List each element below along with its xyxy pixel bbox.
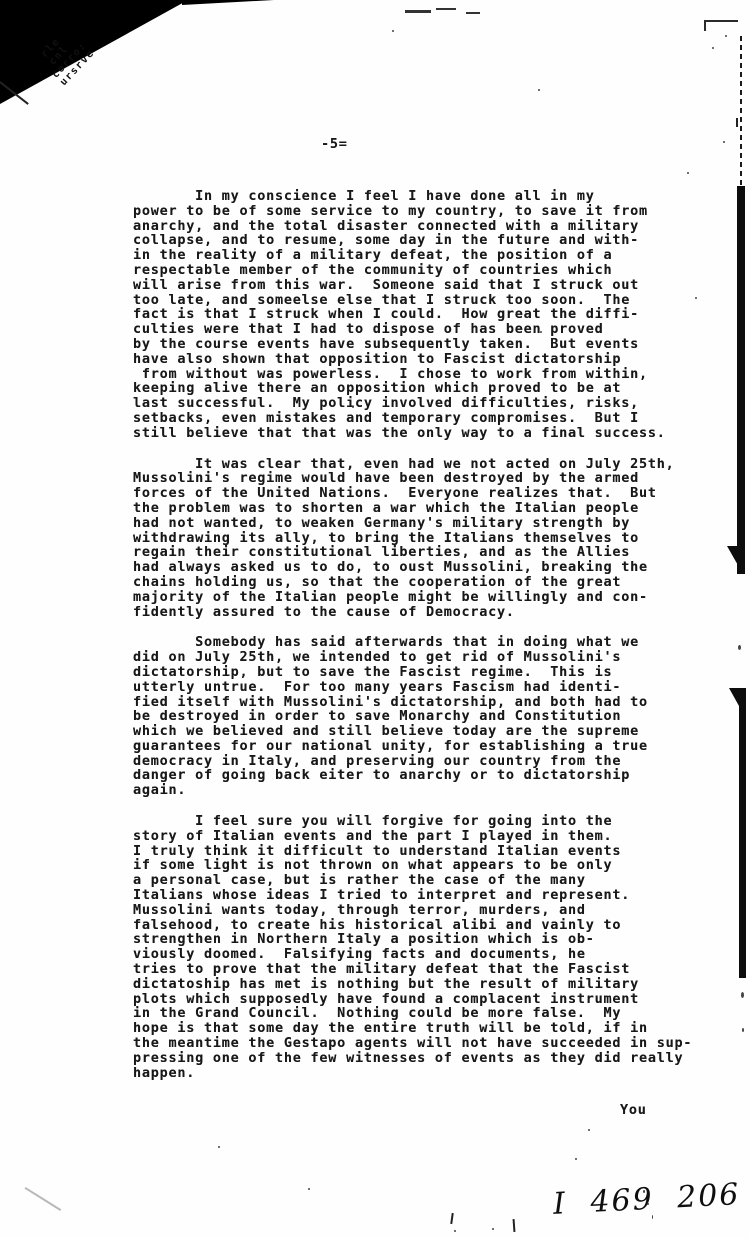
paragraph: In my conscience I feel I have done all … [133,189,750,441]
scan-edge-strip [737,186,745,574]
scan-speckle [308,1188,310,1190]
stray-mark [652,1215,653,1219]
paragraph: I feel sure you will forgive for going i… [133,814,750,1080]
scan-speckle [540,331,542,333]
page-number: -5= [321,137,348,152]
paragraph: It was clear that, even had we not acted… [133,457,750,620]
scan-speckle [736,118,738,127]
scan-smudge [436,8,456,10]
corner-bracket-mark [704,20,738,22]
stray-mark [454,1230,456,1232]
catchword: You [620,1103,647,1118]
document-page: rle cnl corro: ursrve -5= In my conscien… [0,0,750,1238]
scan-speckle [392,30,394,32]
stray-mark [450,1213,454,1224]
scan-top-edge [182,0,274,5]
scan-edge-strip-head [729,688,739,706]
stray-mark [643,1190,645,1193]
scan-speckle [352,406,354,408]
scan-speckle [723,141,725,143]
scan-speckle [712,47,714,49]
scan-edge-diagonal [25,1187,61,1211]
scan-speckle [742,1028,744,1032]
archive-number-handwritten: I 469 206 [552,1177,741,1222]
scan-speckle [687,172,689,174]
scan-edge-strip-foot [727,546,743,574]
scan-smudge [466,12,480,14]
scan-speckle [588,1129,590,1131]
scan-edge-strip [739,688,746,978]
document-body: In my conscience I feel I have done all … [133,189,750,1080]
paragraph: Somebody has said afterwards that in doi… [133,635,750,798]
scan-edge-dashes [740,36,742,186]
scan-speckle [218,1146,220,1148]
corner-bracket-mark [704,20,706,31]
scan-speckle [738,645,741,650]
scan-speckle [725,35,727,37]
scan-speckle [695,297,697,299]
stray-mark [647,1203,649,1205]
scan-speckle [575,1158,577,1160]
scan-speckle [741,992,744,998]
scan-smudge [405,10,431,13]
stray-mark [513,1219,516,1232]
stray-mark [492,1228,494,1230]
scan-speckle [538,89,540,91]
